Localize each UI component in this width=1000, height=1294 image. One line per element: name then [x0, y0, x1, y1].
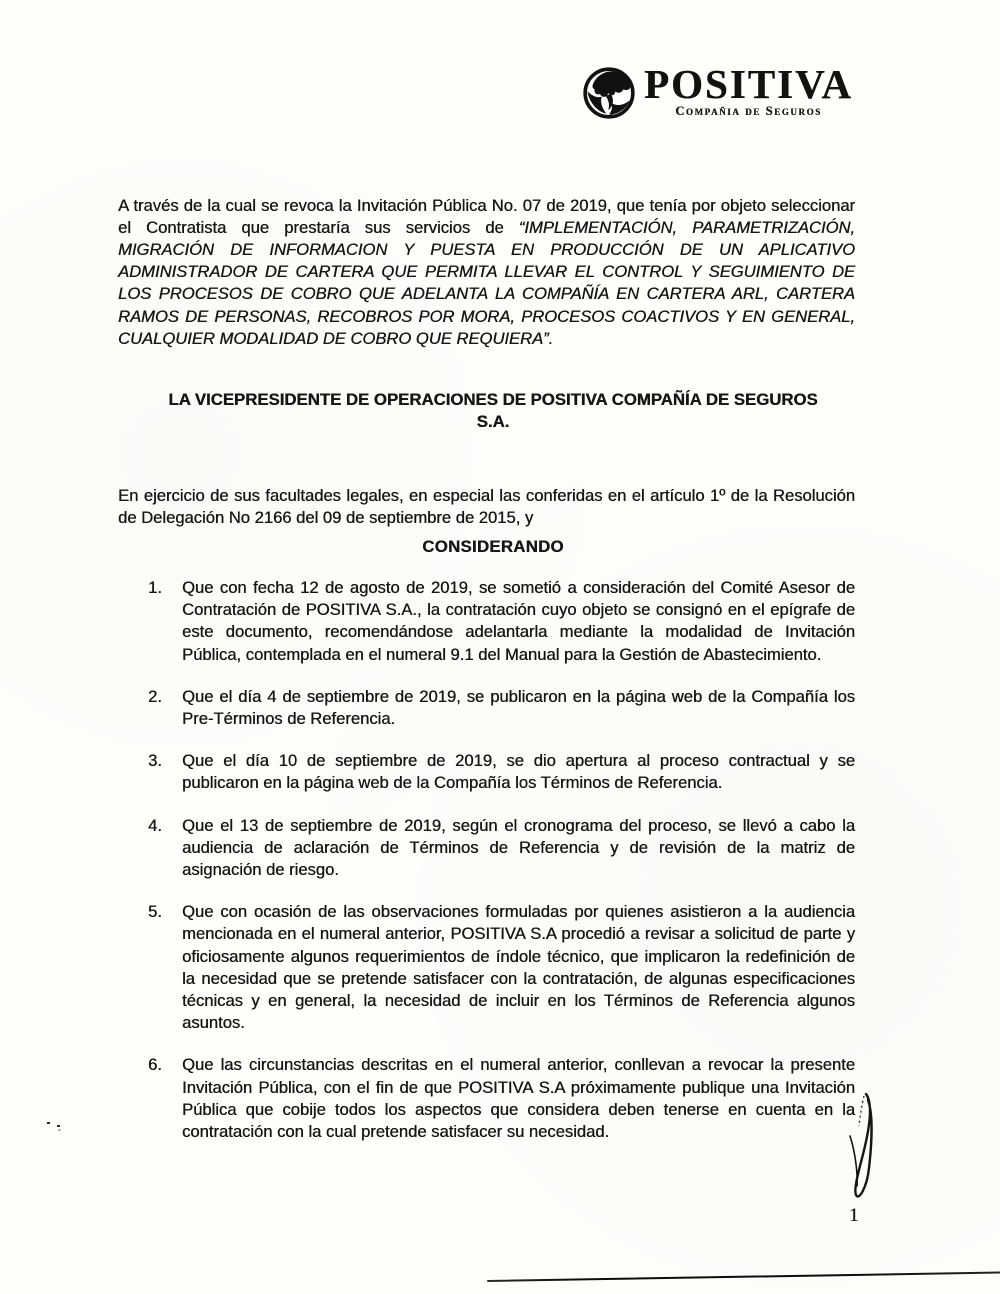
considerando-title: CONSIDERANDO [128, 537, 858, 557]
company-logo: POSITIVA Compañia de Seguros [582, 64, 853, 120]
considerando-list: 1. Que con fecha 12 de agosto de 2019, s… [148, 577, 855, 1163]
intro-quoted-object: “IMPLEMENTACIÓN, PARAMETRIZACIÓN, MIGRAC… [118, 218, 855, 348]
item-text: Que el día 10 de septiembre de 2019, se … [182, 750, 855, 794]
heading-line1: LA VICEPRESIDENTE DE OPERACIONES DE POSI… [168, 390, 817, 409]
item-number: 4. [148, 815, 182, 882]
item-text: Que el 13 de septiembre de 2019, según e… [182, 815, 855, 882]
page-number: 1 [849, 1205, 859, 1227]
item-number: 6. [148, 1054, 182, 1143]
brand-tagline: Compañia de Seguros [675, 104, 821, 119]
scan-artifact-line [487, 1271, 1000, 1282]
item-number: 2. [148, 686, 182, 730]
globe-icon [582, 66, 636, 120]
list-item: 6. Que las circunstancias descritas en e… [148, 1054, 855, 1143]
item-text: Que las circunstancias descritas en el n… [182, 1054, 855, 1143]
item-number: 3. [148, 750, 182, 794]
heading-line2: S.A. [477, 412, 510, 431]
intro-paragraph: A través de la cual se revoca la Invitac… [118, 195, 855, 350]
item-number: 1. [148, 577, 182, 666]
document-page: POSITIVA Compañia de Seguros A través de… [0, 0, 1000, 1294]
preamble-paragraph: En ejercicio de sus facultades legales, … [118, 485, 855, 529]
brand-name: POSITIVA [644, 64, 853, 104]
list-item: 3. Que el día 10 de septiembre de 2019, … [148, 750, 855, 794]
item-text: Que con ocasión de las observaciones for… [182, 901, 855, 1034]
item-text: Que con fecha 12 de agosto de 2019, se s… [182, 577, 855, 666]
document-heading: LA VICEPRESIDENTE DE OPERACIONES DE POSI… [128, 389, 858, 433]
scan-speck [47, 1122, 50, 1124]
list-item: 5. Que con ocasión de las observaciones … [148, 901, 855, 1034]
list-item: 4. Que el 13 de septiembre de 2019, segú… [148, 815, 855, 882]
list-item: 1. Que con fecha 12 de agosto de 2019, s… [148, 577, 855, 666]
item-number: 5. [148, 901, 182, 1034]
pen-squiggle-mark [842, 1090, 888, 1204]
logo-text: POSITIVA Compañia de Seguros [644, 64, 853, 119]
list-item: 2. Que el día 4 de septiembre de 2019, s… [148, 686, 855, 730]
item-text: Que el día 4 de septiembre de 2019, se p… [182, 686, 855, 730]
